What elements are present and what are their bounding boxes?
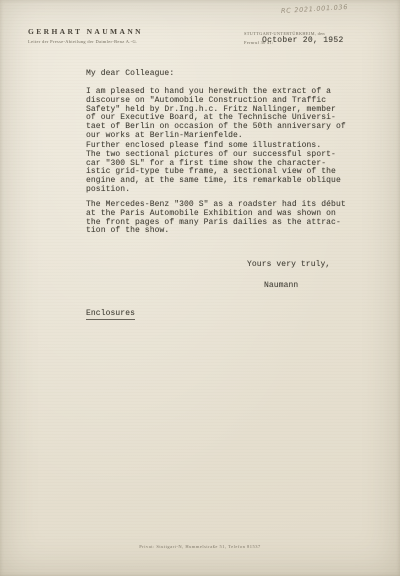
enclosures-label: Enclosures <box>86 309 135 320</box>
private-address-footer: Privat: Stuttgart-N, Hummelstraße 51, Te… <box>0 544 400 549</box>
body-paragraph-3: The Mercedes-Benz "300 S" as a roadster … <box>86 201 346 236</box>
typed-signature: Naumann <box>264 281 298 290</box>
closing-line: Yours very truly, <box>247 260 330 269</box>
scanned-letter-page: RC 2021.001.036 GERHART NAUMANN Leiter d… <box>0 0 400 576</box>
typed-date: October 20, 1952 <box>262 36 344 45</box>
body-paragraph-1: I am pleased to hand you herewith the ex… <box>86 88 346 141</box>
salutation: My dear Colleague: <box>86 69 174 78</box>
sender-title: Leiter der Presse-Abteilung der Daimler-… <box>28 39 137 44</box>
body-paragraph-2: Further enclosed please find some illust… <box>86 142 341 195</box>
archive-number-annotation: RC 2021.001.036 <box>281 3 348 15</box>
sender-name: GERHART NAUMANN <box>28 27 143 36</box>
